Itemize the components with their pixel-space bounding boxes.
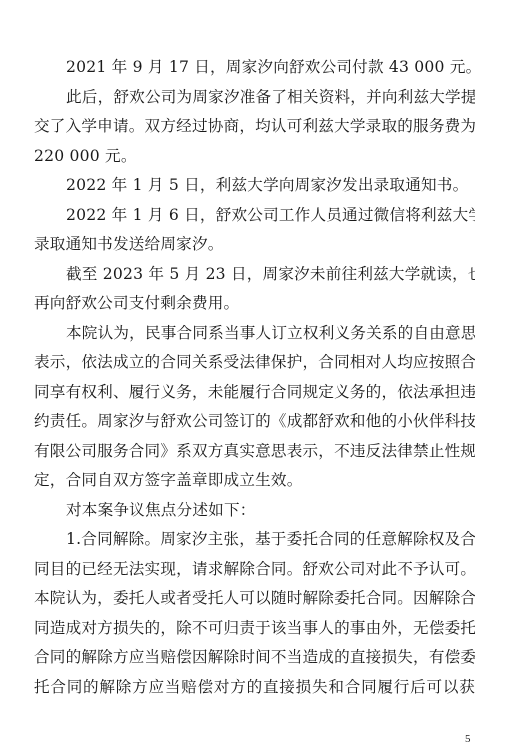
text-line: 对本案争议焦点分述如下：	[34, 496, 475, 526]
text-line: 1.合同解除。周家汐主张，基于委托合同的任意解除权及合	[34, 525, 475, 555]
text-line: 220 000 元。	[34, 142, 475, 172]
text-line: 录取通知书发送给周家汐。	[34, 230, 475, 260]
text-line: 定，合同自双方签字盖章即成立生效。	[34, 466, 475, 496]
text-line: 本院认为，委托人或者受托人可以随时解除委托合同。因解除合	[34, 584, 475, 614]
text-line: 2022 年 1 月 6 日，舒欢公司工作人员通过微信将利兹大学	[34, 201, 475, 231]
document-page: 2021 年 9 月 17 日，周家汐向舒欢公司付款 43 000 元。此后，舒…	[0, 0, 510, 751]
text-line: 约责任。周家汐与舒欢公司签订的《成都舒欢和他的小伙伴科技	[34, 407, 475, 437]
document-body: 2021 年 9 月 17 日，周家汐向舒欢公司付款 43 000 元。此后，舒…	[34, 53, 475, 702]
text-line: 截至 2023 年 5 月 23 日，周家汐未前往利兹大学就读，也未	[34, 260, 475, 290]
text-line: 再向舒欢公司支付剩余费用。	[34, 289, 475, 319]
text-line: 同目的已经无法实现，请求解除合同。舒欢公司对此不予认可。	[34, 555, 475, 585]
text-line: 2021 年 9 月 17 日，周家汐向舒欢公司付款 43 000 元。	[34, 53, 475, 83]
text-line: 有限公司服务合同》系双方真实意思表示，不违反法律禁止性规	[34, 437, 475, 467]
text-line: 同造成对方损失的，除不可归责于该当事人的事由外，无偿委托	[34, 614, 475, 644]
text-line: 同享有权利、履行义务，未能履行合同规定义务的，依法承担违	[34, 378, 475, 408]
text-line: 交了入学申请。双方经过协商，均认可利兹大学录取的服务费为	[34, 112, 475, 142]
text-line: 此后，舒欢公司为周家汐准备了相关资料，并向利兹大学提	[34, 83, 475, 113]
page-number: 5	[465, 733, 471, 745]
text-line: 托合同的解除方应当赔偿对方的直接损失和合同履行后可以获	[34, 673, 475, 703]
text-line: 2022 年 1 月 5 日，利兹大学向周家汐发出录取通知书。	[34, 171, 475, 201]
text-line: 本院认为，民事合同系当事人订立权利义务关系的自由意思	[34, 319, 475, 349]
text-line: 表示，依法成立的合同关系受法律保护，合同相对人均应按照合	[34, 348, 475, 378]
text-line: 合同的解除方应当赔偿因解除时间不当造成的直接损失，有偿委	[34, 643, 475, 673]
